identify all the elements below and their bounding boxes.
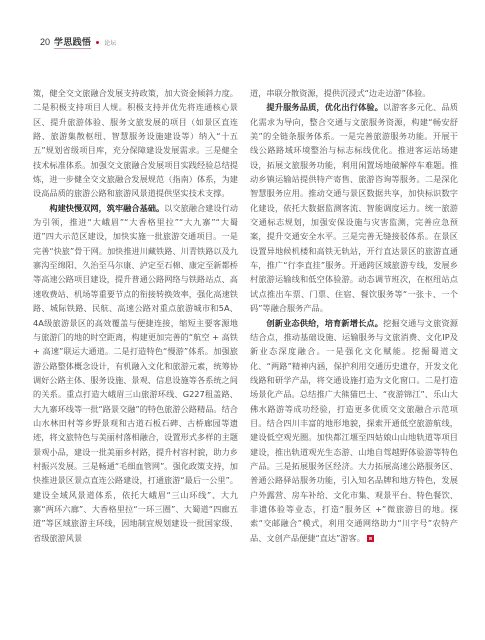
- section-title: 学思践悟: [54, 35, 91, 49]
- page-header: 20 学思践悟 论坛: [40, 36, 116, 48]
- paragraph-lead: 创新业态供给，培育新增长点。: [266, 318, 383, 328]
- end-mark-icon: [367, 535, 374, 542]
- category-label: 论坛: [104, 38, 116, 47]
- paragraph-lead: 提升服务品质，优化出行体验。: [266, 102, 383, 112]
- paragraph-body: 以游客多元化、品质化需求为导向，整合交通与文旅服务资源，构建“畅安舒美”的全链条…: [250, 102, 458, 313]
- paragraph-lead: 构建快慢双网，筑牢融合基础。: [49, 203, 164, 213]
- paragraph-new-growth: 创新业态供给，培育新增长点。挖掘交通与文旅资源结合点，推动基础设施、运输服务与文…: [250, 316, 458, 546]
- paragraph-fast-slow-network: 构建快慢双网，筑牢融合基础。以交旅融合建设行动为引领，推进“大峨眉”“大香格里拉…: [33, 201, 238, 545]
- page-number: 20: [40, 37, 50, 47]
- bullet-dot-icon: [96, 41, 99, 44]
- paragraph-body: 以交旅融合建设行动为引领，推进“大峨眉”“大香格里拉”“大九寨”“大蜀道”四大示…: [33, 203, 238, 543]
- left-column: 策，健全交文旅融合发展支持政策，加大资金倾斜力度。二是积极支持项目人规。积极支持…: [33, 86, 238, 545]
- paragraph-continued: 道，串联分散资源，提供沉浸式“边走边游”体验。: [250, 86, 458, 100]
- paragraph-service-quality: 提升服务品质，优化出行体验。以游客多元化、品质化需求为导向，整合交通与文旅服务资…: [250, 100, 458, 315]
- right-column: 道，串联分散资源，提供沉浸式“边走边游”体验。 提升服务品质，优化出行体验。以游…: [250, 86, 458, 545]
- paragraph-continued: 策，健全交文旅融合发展支持政策，加大资金倾斜力度。二是积极支持项目人规。积极支持…: [33, 86, 238, 201]
- paragraph-body: 挖掘交通与文旅资源结合点，推动基础设施、运输服务与文旅消费、文化IP及新业态深度…: [250, 318, 458, 543]
